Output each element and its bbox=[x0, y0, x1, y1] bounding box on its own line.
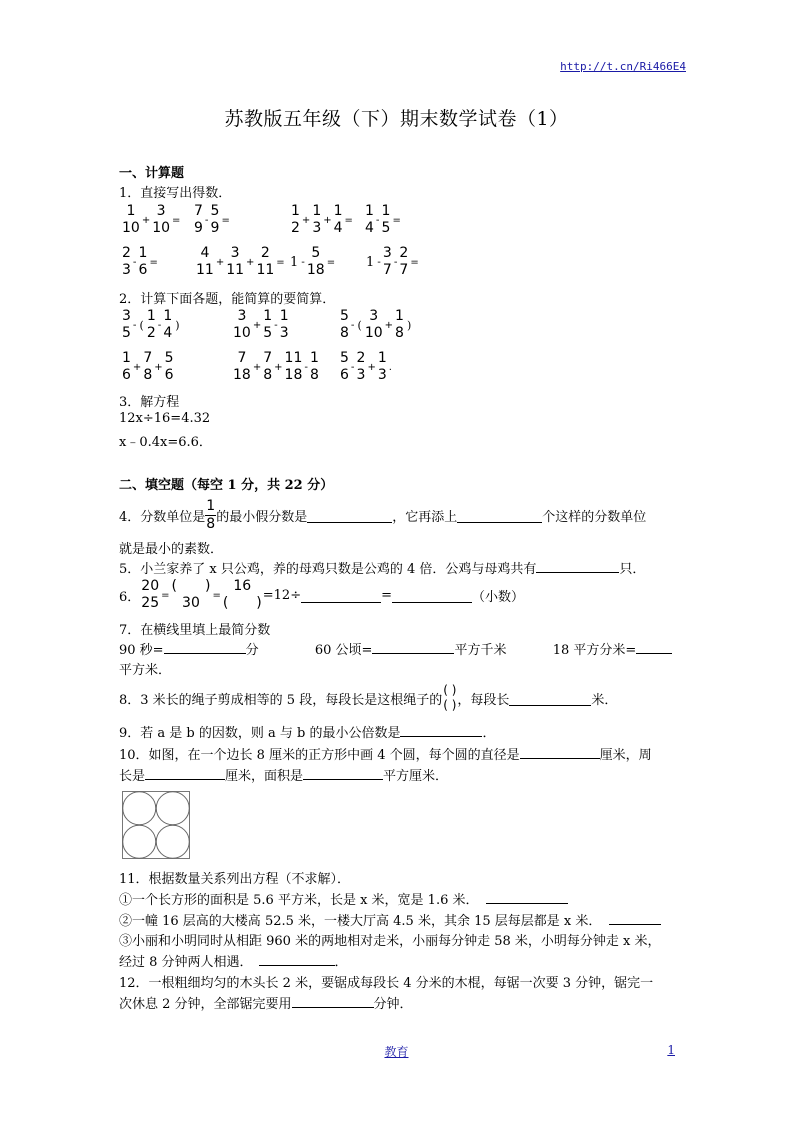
operator: + bbox=[141, 215, 151, 226]
fraction: 310 bbox=[232, 308, 252, 342]
q6-frac-1: 2025 bbox=[140, 578, 160, 612]
q7-a-post: 分 bbox=[246, 643, 259, 658]
expression: 718+78+1118-18 bbox=[232, 350, 320, 384]
fraction: 12 bbox=[290, 203, 301, 237]
expression: 110+310= bbox=[121, 203, 181, 237]
operator: + bbox=[366, 362, 376, 373]
q11-item-1: ①一个长方形的面积是 5.6 平方米，长是 x 米，宽是 1.6 米． bbox=[119, 889, 568, 908]
fraction: 23 bbox=[121, 245, 132, 279]
q12-line-2: 次休息 2 分钟，全部锯完要用分钟． bbox=[119, 993, 413, 1012]
q12-line-1: 12．一根粗细均匀的木头长 2 米，要锯成每段长 4 分米的木棍，每锯一次要 3… bbox=[119, 972, 653, 991]
operator: = bbox=[326, 257, 336, 268]
fraction: 15 bbox=[262, 308, 273, 342]
q1-label: 1．直接写出得数． bbox=[119, 182, 231, 201]
operator: = bbox=[391, 215, 401, 226]
fraction: 411 bbox=[195, 245, 215, 279]
fraction: 37 bbox=[382, 245, 393, 279]
operator: + bbox=[215, 257, 225, 268]
q11-item-3-l2-text: 经过 8 分钟两人相遇． bbox=[119, 955, 253, 970]
expression: 58-(310+18) bbox=[339, 308, 413, 342]
fraction: 27 bbox=[398, 245, 409, 279]
q6-eq: = bbox=[381, 588, 392, 603]
operator: + bbox=[153, 362, 163, 373]
q7-items: 90 秒=分 60 公顷=平方千米 18 平方分米= bbox=[119, 639, 675, 658]
operator: = bbox=[344, 215, 354, 226]
q8-post: 米． bbox=[591, 689, 617, 708]
footer-link[interactable]: 教育 bbox=[384, 1045, 408, 1059]
operator: + bbox=[301, 215, 311, 226]
fraction: 58 bbox=[339, 308, 350, 342]
fraction: 13 bbox=[279, 308, 290, 342]
fraction: 13 bbox=[311, 203, 322, 237]
q4-post: 个这样的分数单位 bbox=[542, 506, 646, 525]
operator: + bbox=[252, 362, 262, 373]
operator: = bbox=[409, 257, 419, 268]
expression: 14-15= bbox=[364, 203, 402, 237]
fraction: 310 bbox=[364, 308, 384, 342]
page-number: 1 bbox=[667, 1043, 675, 1057]
q4-mid1: 的最小假分数是 bbox=[216, 506, 307, 525]
q8-pre: 8．3 米长的绳子剪成相等的 5 段，每段长是这根绳子的 bbox=[119, 689, 442, 708]
q12-blank[interactable] bbox=[292, 993, 374, 1008]
q6-frac-2[interactable]: ( )30 bbox=[171, 578, 212, 612]
q11-item-3: ③小丽和小明同时从相距 960 米的两地相对走米，小丽每分钟走 58 米，小明每… bbox=[119, 930, 660, 949]
fraction: 18 bbox=[394, 308, 405, 342]
q3-equation-2: x﹣0.4x=6.6． bbox=[119, 431, 212, 450]
q8-fraction-blank[interactable]: ( )( ) bbox=[442, 683, 457, 713]
q7-c-pre: 18 平方分米= bbox=[553, 643, 637, 658]
q4-line-1: 4．分数单位是 18 的最小假分数是 ，它再添上 个这样的分数单位 bbox=[119, 498, 646, 533]
q4-line-2: 就是最小的素数． bbox=[119, 538, 223, 557]
q11-blank-3[interactable] bbox=[259, 951, 335, 966]
fraction: 18 bbox=[309, 350, 320, 384]
q6-blank-1[interactable] bbox=[301, 588, 381, 603]
operator: = bbox=[148, 257, 158, 268]
q8: 8．3 米长的绳子剪成相等的 5 段，每段长是这根绳子的 ( )( ) ，每段长… bbox=[119, 683, 617, 713]
q11-item-1-text: ①一个长方形的面积是 5.6 平方米，长是 x 米，宽是 1.6 米． bbox=[119, 893, 478, 908]
operator: . bbox=[388, 362, 393, 373]
q4-blank-2[interactable] bbox=[457, 508, 542, 523]
fraction: 56 bbox=[339, 350, 350, 384]
fraction: 14 bbox=[364, 203, 375, 237]
q10-line-2: 长是厘米，面积是平方厘米． bbox=[119, 765, 448, 784]
q10-blank-1[interactable] bbox=[520, 744, 600, 759]
expression: 1-518= bbox=[288, 245, 336, 279]
q8-mid: ，每段长 bbox=[457, 689, 509, 708]
q5-blank[interactable] bbox=[536, 558, 619, 573]
q5-text: 5．小兰家养了 x 只公鸡，养的母鸡只数是公鸡的 4 倍．公鸡与母鸡共有 bbox=[119, 562, 536, 577]
q10-l2b: 厘米，面积是 bbox=[225, 769, 303, 784]
q11-label: 11．根据数量关系列出方程（不求解）． bbox=[119, 868, 350, 887]
fraction: 15 bbox=[381, 203, 392, 237]
fraction: 16 bbox=[121, 350, 132, 384]
q10-line-1: 10．如图，在一个边长 8 厘米的正方形中画 4 个圆，每个圆的直径是厘米，周 bbox=[119, 744, 652, 763]
operator: + bbox=[245, 257, 255, 268]
q9: 9．若 a 是 b 的因数，则 a 与 b 的最小公倍数是． bbox=[119, 722, 496, 741]
fraction: 78 bbox=[262, 350, 273, 384]
fraction: 211 bbox=[255, 245, 275, 279]
operator: = bbox=[171, 215, 181, 226]
expression: 79-59= bbox=[193, 203, 231, 237]
q2-label: 2．计算下面各题，能简算的要简算． bbox=[119, 288, 335, 307]
operator: + bbox=[252, 320, 262, 331]
q9-blank[interactable] bbox=[400, 722, 482, 737]
fraction: 110 bbox=[121, 203, 141, 237]
q6-label: 6． bbox=[119, 586, 140, 605]
q7-b-pre: 60 公顷= bbox=[315, 643, 373, 658]
q6-blank-2[interactable] bbox=[392, 588, 472, 603]
fraction: 14 bbox=[162, 308, 173, 342]
q10-pre: 10．如图，在一个边长 8 厘米的正方形中画 4 个圆，每个圆的直径是 bbox=[119, 748, 520, 763]
q10-blank-3[interactable] bbox=[303, 765, 383, 780]
q6-frac-3[interactable]: 16( ) bbox=[222, 578, 263, 612]
fraction: 59 bbox=[210, 203, 221, 237]
operator: + bbox=[132, 362, 142, 373]
section-2-heading: 二、填空题（每空 1 分，共 22 分） bbox=[119, 474, 333, 493]
q7-c-post: 平方米． bbox=[119, 659, 171, 678]
section-1-heading: 一、计算题 bbox=[119, 162, 184, 181]
q12-post: 分钟． bbox=[374, 997, 413, 1012]
operator: + bbox=[384, 320, 394, 331]
q5-post: 只． bbox=[619, 562, 645, 577]
q11-item-3-end: ． bbox=[335, 955, 348, 970]
fraction: 718 bbox=[232, 350, 252, 384]
q7-blank-b[interactable] bbox=[372, 639, 454, 654]
q11-blank-1[interactable] bbox=[486, 889, 568, 904]
fraction: 56 bbox=[164, 350, 175, 384]
q7-a-pre: 90 秒= bbox=[119, 643, 164, 658]
operator: = bbox=[220, 215, 230, 226]
q3-equation-1: 12x÷16=4.32 bbox=[119, 411, 210, 426]
q6-post: （小数） bbox=[472, 586, 524, 605]
fraction: 78 bbox=[142, 350, 153, 384]
fraction: 16 bbox=[138, 245, 149, 279]
page-title: 苏教版五年级（下）期末数学试卷（1） bbox=[0, 104, 793, 131]
q4-pre: 4．分数单位是 bbox=[119, 506, 205, 525]
q5: 5．小兰家养了 x 只公鸡，养的母鸡只数是公鸡的 4 倍．公鸡与母鸡共有只． bbox=[119, 558, 645, 577]
q4-mid2: ，它再添上 bbox=[392, 506, 457, 525]
fraction: 518 bbox=[306, 245, 326, 279]
q11-blank-2[interactable] bbox=[609, 910, 661, 925]
q10-l2c: 平方厘米． bbox=[383, 769, 448, 784]
q10-blank-2[interactable] bbox=[145, 765, 225, 780]
q4-fraction: 18 bbox=[205, 498, 216, 533]
fraction: 311 bbox=[225, 245, 245, 279]
fraction: 310 bbox=[151, 203, 171, 237]
q11-item-2: ②一幢 16 层高的大楼高 52.5 米，一楼大厅高 4.5 米，其余 15 层… bbox=[119, 910, 661, 929]
q6-mid: =12÷ bbox=[263, 588, 301, 603]
expression: 12+13+14= bbox=[290, 203, 354, 237]
q8-blank[interactable] bbox=[509, 691, 591, 706]
header-link[interactable]: http://t.cn/Ri466E4 bbox=[560, 60, 686, 73]
fraction: 79 bbox=[193, 203, 204, 237]
fraction: 23 bbox=[356, 350, 367, 384]
operator: + bbox=[273, 362, 283, 373]
q11-item-3-line-2: 经过 8 分钟两人相遇．． bbox=[119, 951, 348, 970]
q4-blank-1[interactable] bbox=[307, 508, 392, 523]
operator: = bbox=[275, 257, 285, 268]
q6: 6． 2025 = ( )30 = 16( ) =12÷ = （小数） bbox=[119, 578, 524, 612]
expression: 310+15-13 bbox=[232, 308, 290, 342]
q11-item-2-text: ②一幢 16 层高的大楼高 52.5 米，一楼大厅高 4.5 米，其余 15 层… bbox=[119, 914, 601, 929]
fraction: 14 bbox=[333, 203, 344, 237]
q3-label: 3．解方程 bbox=[119, 391, 179, 410]
operator: + bbox=[322, 215, 332, 226]
q7-blank-a[interactable] bbox=[164, 639, 246, 654]
fraction: 13 bbox=[377, 350, 388, 384]
expression: 1-37-27= bbox=[364, 245, 420, 279]
q10-mid: 厘米，周 bbox=[600, 748, 652, 763]
expression: 23-16= bbox=[121, 245, 159, 279]
q7-label: 7．在横线里填上最简分数 bbox=[119, 619, 270, 638]
q9-post: ． bbox=[482, 726, 495, 741]
q7-blank-c[interactable] bbox=[636, 639, 672, 654]
fraction: 1118 bbox=[284, 350, 304, 384]
q12-pre: 次休息 2 分钟，全部锯完要用 bbox=[119, 997, 292, 1012]
expression: 35-(12-14) bbox=[121, 308, 182, 342]
q9-pre: 9．若 a 是 b 的因数，则 a 与 b 的最小公倍数是 bbox=[119, 726, 400, 741]
expression: 16+78+56 bbox=[121, 350, 175, 384]
q7-b-post: 平方千米 bbox=[454, 643, 506, 658]
expression: 56-23+13. bbox=[339, 350, 393, 384]
q10-l2a: 长是 bbox=[119, 769, 145, 784]
fraction: 35 bbox=[121, 308, 132, 342]
fraction: 12 bbox=[146, 308, 157, 342]
square-four-circles-figure bbox=[122, 791, 190, 859]
expression: 411+311+211= bbox=[195, 245, 286, 279]
